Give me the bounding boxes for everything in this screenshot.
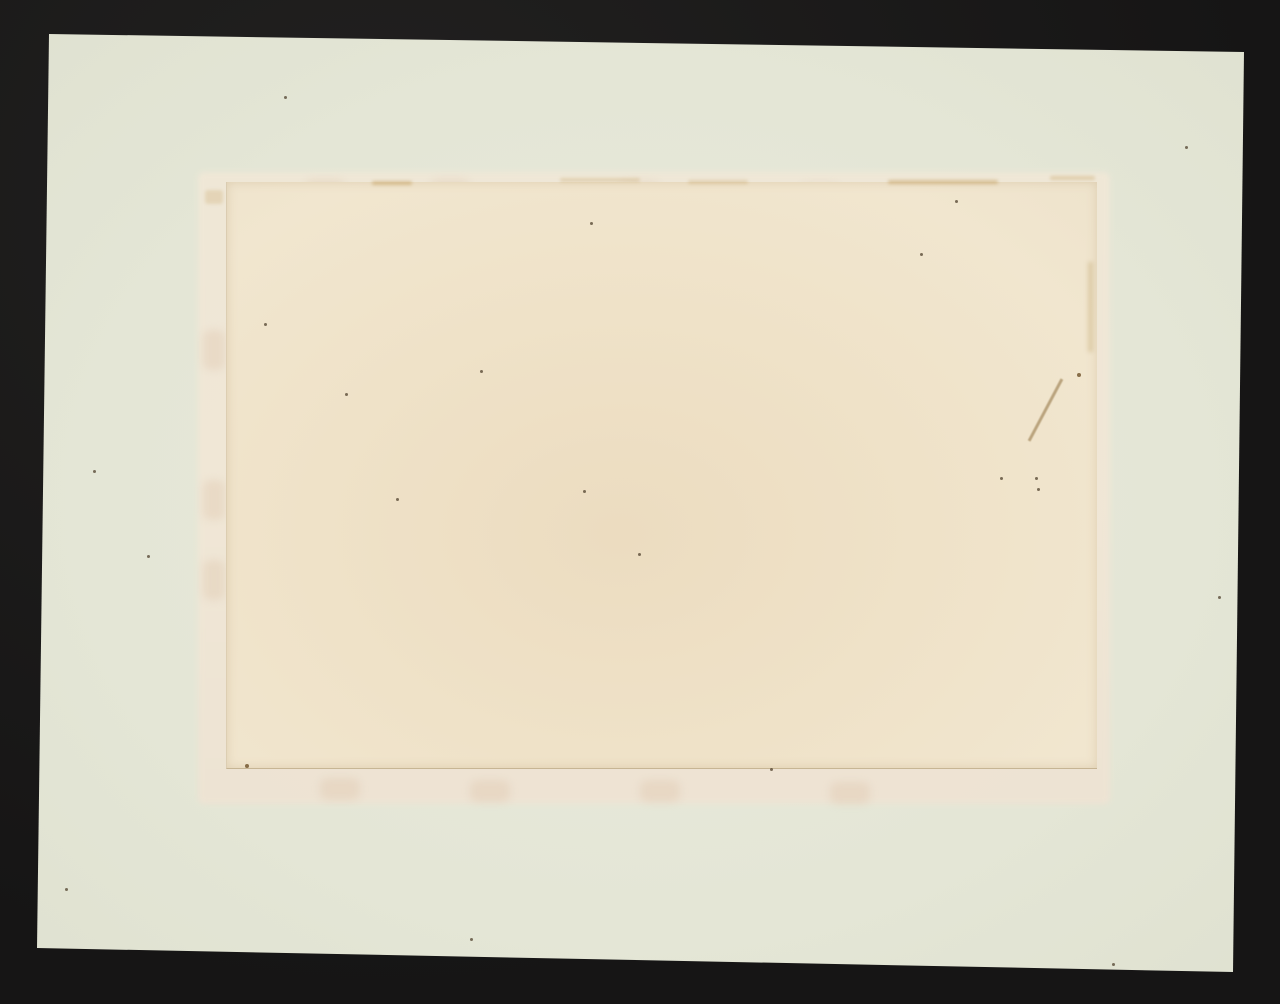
stain — [205, 190, 223, 204]
ghost-tab-mark — [320, 778, 360, 800]
stain — [372, 181, 412, 185]
stain — [560, 178, 640, 182]
foxing-speck — [583, 490, 586, 493]
foxing-speck — [1185, 146, 1188, 149]
foxing-speck — [345, 393, 348, 396]
foxing-speck — [638, 553, 641, 556]
foxing-speck — [1035, 477, 1038, 480]
ghost-tab-mark — [470, 780, 510, 802]
foxing-speck — [264, 323, 267, 326]
foxing-speck — [65, 888, 68, 891]
ghost-tab-mark — [203, 330, 225, 370]
stain — [888, 180, 998, 184]
stain — [1088, 262, 1093, 352]
ghost-tab-mark — [640, 780, 680, 802]
foxing-speck — [920, 253, 923, 256]
foxing-speck — [245, 764, 249, 768]
foxing-speck — [770, 768, 773, 771]
plate-mark-area — [226, 182, 1097, 769]
foxing-speck — [1112, 963, 1115, 966]
ghost-tab-mark — [203, 560, 225, 600]
foxing-speck — [590, 222, 593, 225]
foxing-speck — [147, 555, 150, 558]
foxing-speck — [955, 200, 958, 203]
ghost-tab-mark — [203, 480, 225, 520]
foxing-speck — [480, 370, 483, 373]
stain — [1050, 176, 1095, 180]
foxing-speck — [1218, 596, 1221, 599]
foxing-speck — [93, 470, 96, 473]
foxing-speck — [470, 938, 473, 941]
foxing-speck — [1000, 477, 1003, 480]
foxing-speck — [284, 96, 287, 99]
foxing-speck — [1037, 488, 1040, 491]
foxing-speck — [1077, 373, 1081, 377]
ghost-tab-mark — [830, 782, 870, 804]
foxing-speck — [396, 498, 399, 501]
stain — [688, 180, 748, 184]
